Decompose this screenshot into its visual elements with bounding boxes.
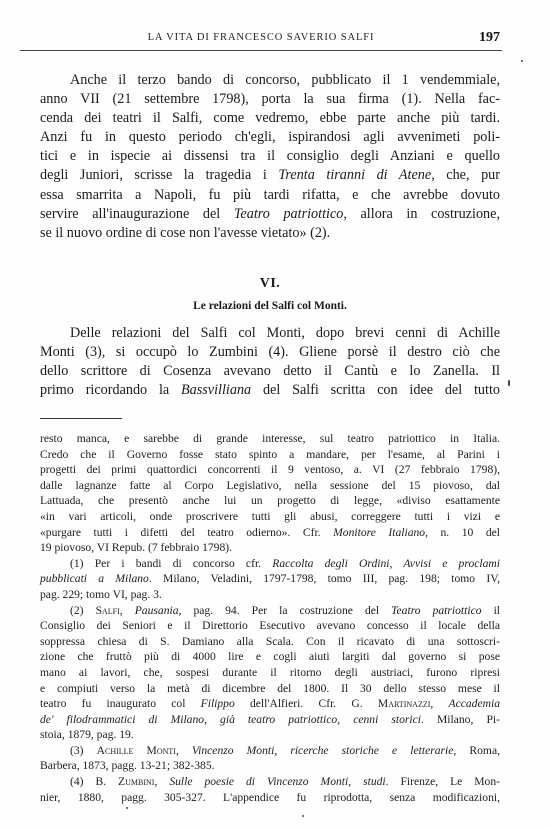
work-title: Bassvilliana [181,382,251,398]
work-title: Raccolta degli Ordini, Avvisi e proclami [272,557,500,570]
footnote-line: Barbera, 1873, pagg. 13-21; 382-385. [40,758,500,774]
work-title: Trenta tiranni di Atene [278,167,431,183]
text-run: degli Juniori, scrisse la tragedia i [40,167,278,183]
footnote-line: nier, 1880, pagg. 305-327. L'appendice f… [40,790,500,806]
text-line: primo ricordando la Bassvilliana del Sal… [40,381,500,400]
text-line: Monti (3), si occupò lo Zumbini (4). Gli… [40,343,500,362]
book-page: LA VITA DI FRANCESCO SAVERIO SALFI 197 A… [0,0,550,828]
text-run: primo ricordando la [40,382,181,398]
footnote-marker: (3) [70,744,84,757]
footnote-line: Lattuada, che presentò anche lui un prog… [40,493,500,509]
footnote-2: (2) Salfi, Pausania, pag. 94. Per la cos… [40,603,500,619]
running-head: LA VITA DI FRANCESCO SAVERIO SALFI 197 [22,30,500,48]
footnote-line: stoia, 1879, pag. 19. [40,727,500,743]
text-run: . Milano, Pi- [421,713,500,726]
text-line: degli Juniori, scrisse la tragedia i Tre… [40,166,500,185]
text-line: dello scrittore di Cosenza avevano detto… [40,362,500,381]
footnote-line: pag. 229; tomo VI, pag. 3. [40,587,500,603]
text-run: , allora in costruzione, [343,206,500,222]
scan-speck [126,807,128,809]
scan-speck [508,380,510,386]
text-run: . Firenze, Le Mon- [386,775,500,788]
footnote-line: dalle lagnanze fatte al Corpo Legislativ… [40,478,500,494]
text-run: , [176,744,192,757]
footnote-marker: (4) [70,775,84,788]
header-rule [20,50,502,51]
footnote-line: «purgare tutti i difetti del teatro odie… [40,525,500,541]
work-title: de' filodrammatici di Milano, già teatro… [40,713,421,726]
footnote-rule [40,418,122,419]
footnote-line: Consiglio dei Seniori e il Direttorio Es… [40,618,500,634]
footnote-3: (3) Achille Monti, Vincenzo Monti, ricer… [40,743,500,759]
footnotes: resto manca, e sarebbe di grande interes… [40,431,500,805]
work-title: Accademia [449,697,501,710]
work-title: Vincenzo Monti, ricerche storiche e lett… [192,744,454,757]
text-run: . Milano, Veladini, 1797-1798, tomo III,… [149,572,500,585]
work-title: Pausania [135,604,179,617]
text-run: servire all'inaugurazione del [40,206,234,222]
text-line: se il nuovo ordine di cose non l'avesse … [40,224,500,243]
author-name: Martinazzi [378,697,431,710]
footnote-line: e compiuti verso la metà di dicembre del… [40,681,500,697]
text-line: Delle relazioni del Salfi col Monti, dop… [40,324,500,343]
work-title: Sulle poesie di Vincenzo Monti, studi [169,775,385,788]
text-line: servire all'inaugurazione del Teatro pat… [40,205,500,224]
footnote-line: progetti dei primi quattordici concorren… [40,462,500,478]
footnote-marker: (2) [70,604,84,617]
scan-speck [521,60,523,62]
footnote-line: resto manca, e sarebbe di grande interes… [40,431,500,447]
text-line: tici e in ispecie ai dissensi tra il con… [40,147,500,166]
text-run: dell'Alfieri. Cfr. G. [235,697,378,710]
text-run: , [430,697,448,710]
work-title: Monitore Italiano [333,526,425,539]
work-title: pubblicati a Milano [40,572,149,585]
text-line: Anche il terzo bando di concorso, pubbli… [40,71,500,90]
footnote-line: 19 piovoso, VI Repub. (7 febbraio 1798). [40,540,500,556]
author-name: B. Zumbini [95,775,154,788]
text-line: essa smarrita a Napoli, fu più tardi rif… [40,186,500,205]
work-title: Teatro patriottico [234,206,344,222]
text-run: , [154,775,169,788]
author-name: Salfi [96,604,120,617]
work-title: Teatro patriottico [391,604,481,617]
text-run: Per i bandi di concorso cfr. [95,557,273,570]
footnote-line: de' filodrammatici di Milano, già teatro… [40,712,500,728]
footnote-line: teatro fu inaugurato col Filippo dell'Al… [40,696,500,712]
text-line: Anzi fu in questo periodo ch'egli, ispir… [40,128,500,147]
work-title: Filippo [201,697,235,710]
text-run: «purgare tutti i difetti del teatro odie… [40,526,333,539]
footnote-line: pubblicati a Milano. Milano, Veladini, 1… [40,571,500,587]
footnote-line: zione che fruttò più di 4000 lire e cogl… [40,649,500,665]
paragraph-2: Delle relazioni del Salfi col Monti, dop… [40,324,500,400]
text-run: , Roma, [453,744,500,757]
paragraph-1: Anche il terzo bando di concorso, pubbli… [40,71,500,243]
section-number: VI. [40,276,500,292]
text-run: , n. 10 del [425,526,500,539]
footnote-line: Credo che il Governo fosse stato spinto … [40,447,500,463]
footnote-marker: (1) [70,557,84,570]
running-title: LA VITA DI FRANCESCO SAVERIO SALFI [22,32,500,43]
section-title: Le relazioni del Salfi col Monti. [40,300,500,312]
text-line: anno VII (21 settembre 1798), porta la s… [40,90,500,109]
footnote-line: «in vari articoli, onde proscrivere tutt… [40,509,500,525]
text-line: cenda dei teatri il Salfi, come vedremo,… [40,109,500,128]
text-run: del Salfi scritta con idee del tutto [251,382,500,398]
scan-speck [302,815,304,817]
text-run: teatro fu inaugurato col [40,697,201,710]
footnote-line: mano ai lavori, che, sospesi durante il … [40,665,500,681]
text-run: il [482,604,500,617]
text-run: , pag. 94. Per la costruzione del [179,604,392,617]
footnote-1: (1) Per i bandi di concorso cfr. Raccolt… [40,556,500,572]
footnote-line: soppressa chiesa di S. Damiano alla Scal… [40,634,500,650]
footnote-4: (4) B. Zumbini, Sulle poesie di Vincenzo… [40,774,500,790]
page-number: 197 [479,30,500,46]
author-name: Achille Monti [97,744,176,757]
text-run: , che, pur [431,167,500,183]
